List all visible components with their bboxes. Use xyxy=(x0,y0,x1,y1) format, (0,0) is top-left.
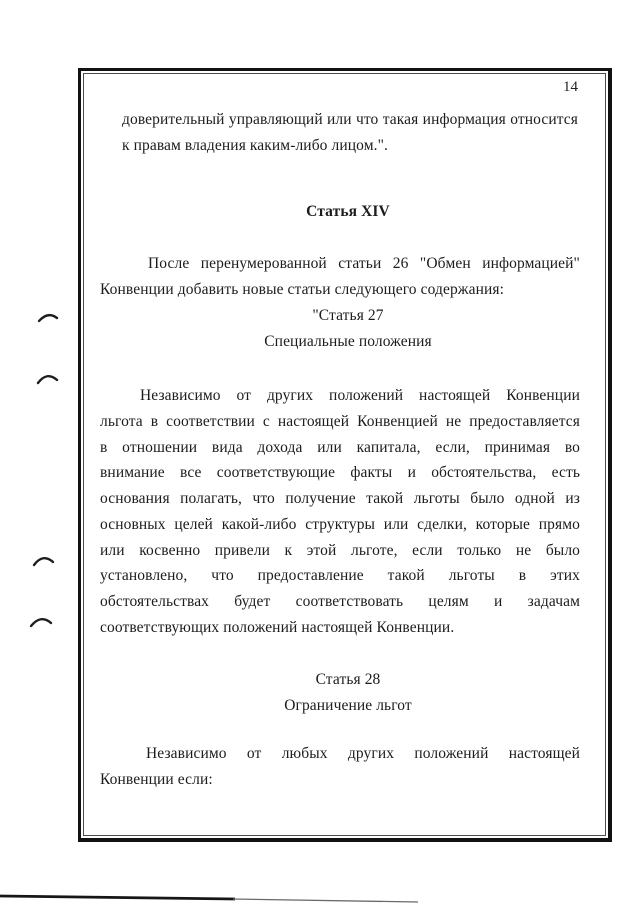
scanned-document-page: 14 доверительный управляющий или что так… xyxy=(0,0,640,905)
body-line: Конвенции если: xyxy=(100,769,580,791)
binding-mark-icon xyxy=(38,376,57,383)
body-line: в отношении вида дохода или капитала, ес… xyxy=(100,437,580,459)
body-line: Конвенции добавить новые статьи следующе… xyxy=(100,279,580,301)
body-line: или косвенно привели к этой льготе, если… xyxy=(100,540,580,562)
limitation-of-benefits-heading: Ограничение льгот xyxy=(100,695,580,717)
page-edge-line xyxy=(233,899,418,902)
binding-mark-icon xyxy=(31,619,51,626)
article-xiv-heading: Статья XIV xyxy=(100,201,580,223)
binding-mark-icon xyxy=(34,558,53,565)
body-line: льгота в соответствии с настоящей Конвен… xyxy=(100,411,580,433)
body-line: Независимо от других положений настоящей… xyxy=(100,385,580,407)
body-line: соответствующих положений настоящей Конв… xyxy=(100,617,580,639)
body-line: обстоятельствах будет соответствовать це… xyxy=(100,591,580,613)
special-provisions-heading: Специальные положения xyxy=(100,331,580,353)
body-line: Независимо от любых других положений нас… xyxy=(100,743,580,765)
body-line: основания полагать, что получение такой … xyxy=(100,488,580,510)
body-line: основных целей какой-либо структуры или … xyxy=(100,514,580,536)
body-line: установлено, что предоставление такой ль… xyxy=(100,565,580,587)
page-edge-line xyxy=(0,896,235,899)
page-number: 14 xyxy=(100,79,578,96)
body-line: После перенумерованной статьи 26 "Обмен … xyxy=(100,253,580,275)
body-line: доверительный управляющий или что такая … xyxy=(122,109,578,131)
binding-mark-icon xyxy=(39,315,57,321)
body-line: внимание все соответствующие факты и обс… xyxy=(100,462,580,484)
article-28-heading: Статья 28 xyxy=(100,669,580,691)
body-line: к правам владения каким-либо лицом.". xyxy=(122,135,578,157)
article-27-heading: "Статья 27 xyxy=(100,305,580,327)
